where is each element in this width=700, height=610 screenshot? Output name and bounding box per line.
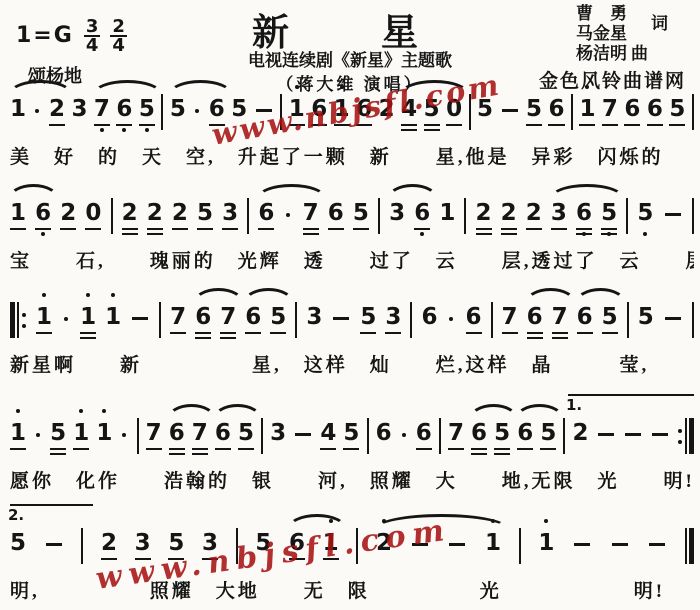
note: 7 — [448, 418, 464, 450]
note: 2 — [172, 198, 188, 230]
barline — [81, 528, 83, 564]
note: 6 — [517, 418, 533, 450]
note: 2 — [572, 418, 588, 448]
note: 5 — [139, 94, 155, 126]
octave-dot-below — [41, 232, 45, 236]
octave-dot-below — [100, 128, 104, 132]
note: 5 — [270, 302, 286, 334]
barline — [692, 198, 694, 234]
lyrics-line: 愿你 化作 浩翰的 银 河, 照耀 大 地,无限 光 明! — [10, 466, 694, 493]
barline — [627, 302, 629, 338]
note: 6 — [471, 418, 487, 455]
note: 6 — [548, 94, 564, 126]
augmentation-dot — [192, 94, 202, 124]
note: 6 — [245, 302, 261, 334]
note: 6 — [258, 198, 274, 230]
note: 5 — [602, 302, 618, 334]
note: 5 — [50, 418, 66, 455]
note: 3 — [306, 302, 322, 332]
augmentation-dot — [119, 418, 129, 448]
duration-dash — [610, 528, 630, 558]
note: 6 — [577, 302, 593, 334]
note: 1 — [96, 418, 112, 448]
note: 6 — [215, 418, 231, 450]
note: 5 — [637, 198, 653, 228]
duration-dash — [623, 418, 643, 448]
octave-dot-below — [420, 232, 424, 236]
slur-arc — [256, 184, 327, 199]
note: 2 — [501, 198, 517, 235]
note: 6 — [376, 418, 392, 448]
slur-arc — [549, 184, 625, 199]
repeat-end-barline — [677, 418, 694, 454]
note: 2 — [526, 198, 542, 230]
barline — [295, 302, 297, 338]
note: 3 — [389, 198, 405, 228]
slur-arc — [243, 288, 294, 303]
note: 1 — [10, 198, 26, 230]
octave-dot-above — [16, 409, 20, 413]
note: 6 — [195, 302, 211, 339]
barline — [367, 418, 369, 454]
volta-label: 2. — [8, 506, 24, 524]
slur-arc — [167, 404, 216, 419]
note: 2 — [122, 198, 138, 235]
note: 5 — [638, 302, 654, 332]
duration-dash — [663, 198, 683, 228]
augmentation-dot — [33, 418, 43, 448]
note: 7 — [602, 94, 618, 126]
slur-arc — [8, 80, 73, 95]
note: 5 — [197, 198, 213, 230]
note: 6 — [116, 94, 132, 126]
slur-arc — [515, 404, 564, 419]
note: 1 — [105, 302, 121, 332]
note: 1 — [10, 94, 26, 124]
note: 5 — [494, 418, 510, 455]
duration-dash — [293, 418, 313, 448]
note: 6 — [35, 198, 51, 230]
note: 2 — [147, 198, 163, 235]
lyrics-line: 宝 石, 瑰丽的 光辉 透 过了 云 层,透过了 云 层. — [10, 246, 694, 273]
augmentation-dot — [446, 302, 456, 332]
note: 6 — [624, 94, 640, 126]
note: 4 — [320, 418, 336, 450]
duration-dash — [663, 302, 683, 332]
barline — [247, 198, 249, 234]
barline — [378, 198, 380, 234]
barline — [439, 418, 441, 454]
note: 7 — [303, 198, 319, 235]
slur-arc — [387, 184, 438, 199]
final-barline — [685, 528, 694, 564]
note: 1 — [10, 418, 26, 450]
note: 5 — [540, 418, 556, 450]
note: 7 — [220, 302, 236, 339]
slur-arc — [469, 404, 518, 419]
note: 5 — [526, 94, 542, 126]
notes-row: 16202225367653612223655 — [10, 198, 694, 238]
note: 5 — [10, 528, 26, 558]
note: 6 — [466, 302, 482, 334]
note: 7 — [192, 418, 208, 455]
note: 1 — [36, 302, 52, 334]
octave-dot-above — [111, 293, 115, 297]
duration-dash — [647, 528, 667, 558]
note: 7 — [502, 302, 518, 334]
barline — [261, 418, 263, 454]
note: 3 — [385, 302, 401, 334]
note: 3 — [270, 418, 286, 448]
note: 0 — [85, 198, 101, 230]
repeat-start-barline — [10, 302, 27, 338]
lyrics-line: 美 好 的 天 空, 升起了一颗 新 星,他是 异彩 闪烁的 — [10, 142, 694, 169]
duration-dash — [596, 418, 616, 448]
note: 6 — [576, 198, 592, 235]
volta-bracket: 2. — [10, 504, 93, 522]
lyrics-line: 新星啊 新 星, 这样 灿 烂,这样 晶 莹, — [10, 350, 694, 377]
note: 5 — [170, 94, 186, 124]
barline — [137, 418, 139, 454]
note: 1 — [80, 302, 96, 339]
note: 2 — [49, 94, 65, 126]
note: 2 — [60, 198, 76, 230]
note: 7 — [170, 302, 186, 334]
note: 7 — [552, 302, 568, 339]
note: 3 — [71, 94, 87, 124]
note: 6 — [169, 418, 185, 455]
octave-dot-below — [122, 128, 126, 132]
octave-dot-above — [544, 519, 548, 523]
slur-arc — [575, 288, 626, 303]
note: 5 — [669, 94, 685, 126]
octave-dot-above — [340, 85, 344, 89]
barline — [111, 198, 113, 234]
note: 3 — [551, 198, 567, 230]
barline — [626, 198, 628, 234]
augmentation-dot — [61, 302, 71, 332]
notes-row: 1117676535366767655 — [10, 302, 694, 342]
note: 6 — [527, 302, 543, 339]
barline — [519, 528, 521, 564]
octave-dot-below — [643, 232, 647, 236]
slur-arc — [168, 80, 233, 95]
note: 1 — [538, 528, 554, 558]
duration-dash — [44, 528, 64, 558]
octave-dot-below — [582, 232, 586, 236]
barline — [464, 198, 466, 234]
barline — [692, 302, 694, 338]
barline — [491, 302, 493, 338]
note: 5 — [343, 418, 359, 450]
augmentation-dot — [283, 198, 293, 228]
barline — [161, 94, 163, 130]
music-line: 16202225367653612223655宝 石, 瑰丽的 光辉 透 过了 … — [10, 198, 694, 273]
note: 7 — [146, 418, 162, 450]
note: 6 — [416, 418, 432, 450]
note: 5 — [601, 198, 617, 235]
note: 1 — [579, 94, 595, 126]
note: 7 — [94, 94, 110, 126]
barline — [692, 94, 694, 130]
slur-arc — [193, 288, 244, 303]
note: 1 — [73, 418, 89, 450]
note: 6 — [414, 198, 430, 230]
music-line: 151176765345667656521.愿你 化作 浩翰的 银 河, 照耀 … — [10, 418, 694, 493]
octave-dot-above — [42, 293, 46, 297]
score: 1237655651616245055617665美 好 的 天 空, 升起了一… — [0, 0, 700, 610]
note: 6 — [421, 302, 437, 332]
music-line: 1117676535366767655新星啊 新 星, 这样 灿 烂,这样 晶 … — [10, 302, 694, 377]
note: 5 — [360, 302, 376, 334]
octave-dot-above — [295, 85, 299, 89]
note: 5 — [238, 418, 254, 450]
barline — [563, 418, 565, 454]
duration-dash — [572, 528, 592, 558]
octave-dot-below — [145, 128, 149, 132]
note: 5 — [353, 198, 369, 230]
note: 6 — [647, 94, 663, 126]
duration-dash — [130, 302, 150, 332]
barline — [159, 302, 161, 338]
notes-row: 151176765345667656521. — [10, 418, 694, 458]
slur-arc — [213, 404, 262, 419]
octave-dot-above — [585, 85, 589, 89]
volta-label: 1. — [566, 396, 582, 414]
slur-arc — [525, 288, 576, 303]
note: 6 — [328, 198, 344, 230]
duration-dash — [331, 302, 351, 332]
octave-dot-below — [607, 232, 611, 236]
barline — [571, 94, 573, 130]
duration-dash — [650, 418, 670, 448]
barline — [410, 302, 412, 338]
note: 3 — [222, 198, 238, 230]
note: 2 — [101, 528, 117, 560]
note: 2 — [476, 198, 492, 235]
score-page: 1=G 3 4 2 4 颂杨地 新星 电视连续剧《新星》主题歌 （蒋大维 演唱）… — [0, 0, 700, 610]
note: 1 — [485, 528, 501, 558]
slur-arc — [92, 80, 163, 95]
volta-bracket: 1. — [568, 394, 694, 412]
augmentation-dot — [32, 94, 42, 124]
note: 1 — [439, 198, 455, 228]
octave-dot-above — [79, 409, 83, 413]
octave-dot-above — [102, 409, 106, 413]
slur-arc — [8, 184, 59, 199]
octave-dot-above — [86, 293, 90, 297]
augmentation-dot — [399, 418, 409, 448]
